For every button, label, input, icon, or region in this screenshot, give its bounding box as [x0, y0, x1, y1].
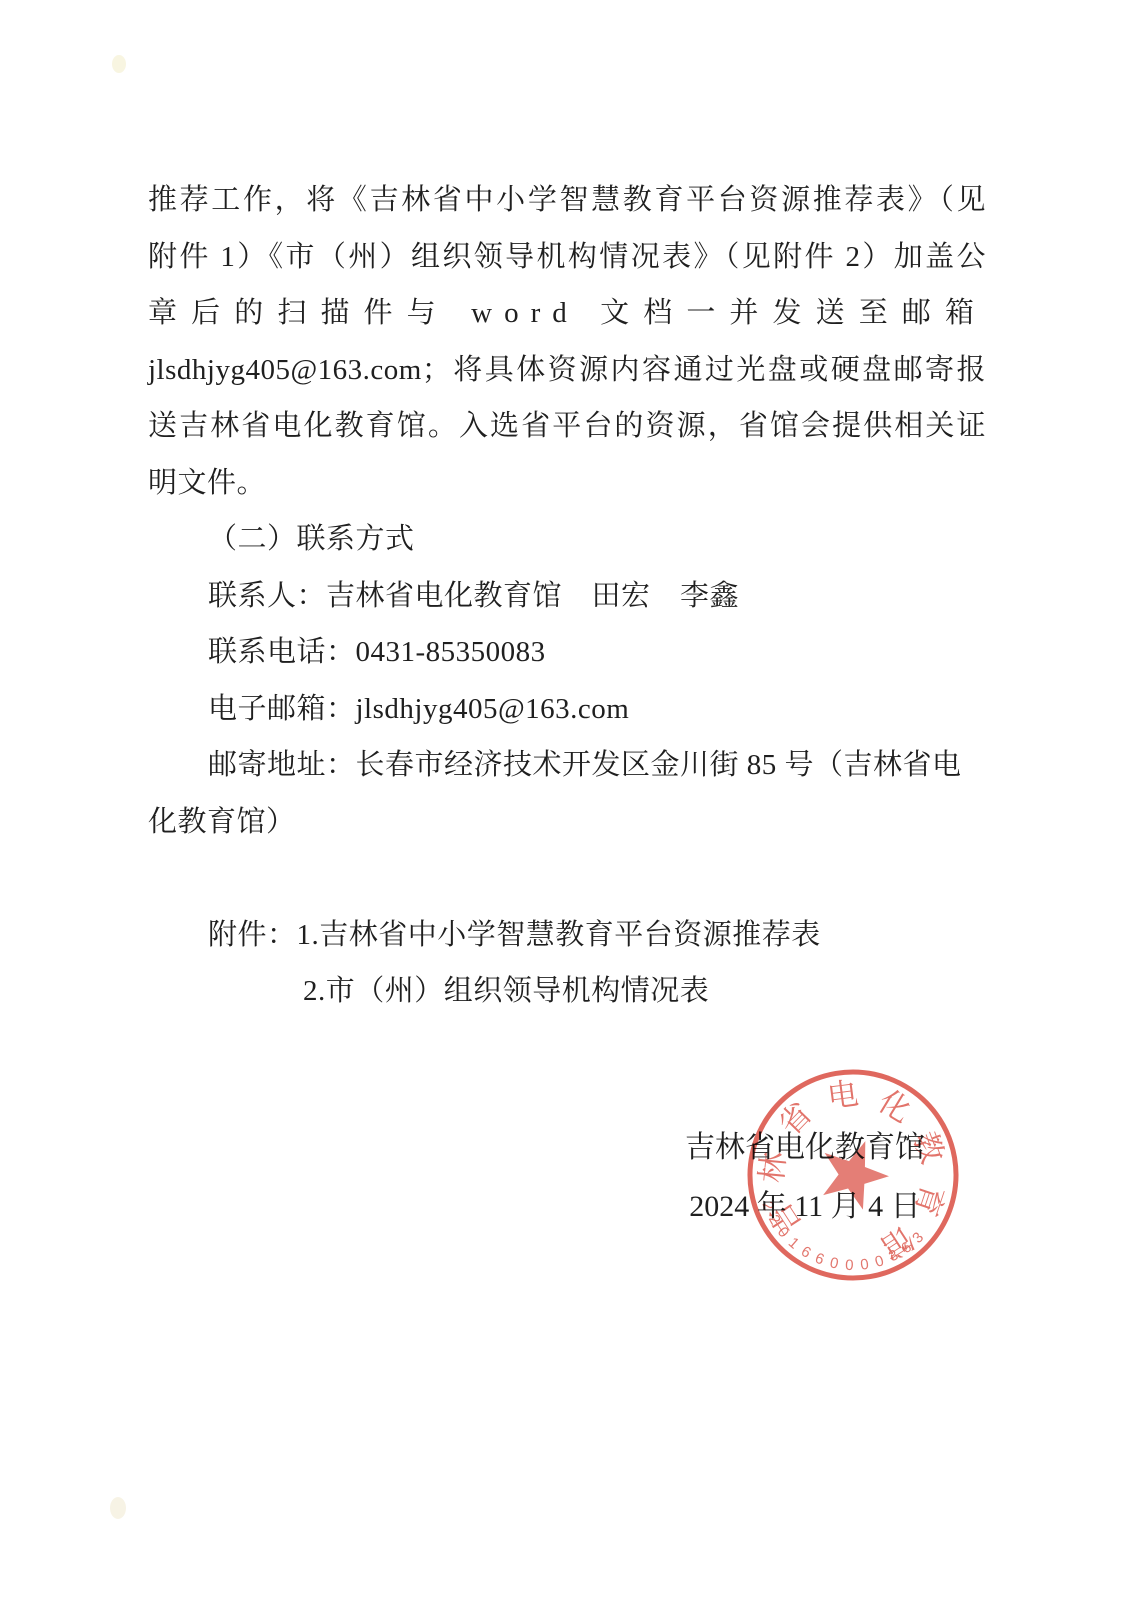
attachments-line: 附件：1.吉林省中小学智慧教育平台资源推荐表	[148, 907, 986, 964]
scan-artifact	[110, 1497, 126, 1519]
contact-person-line: 联系人：吉林省电化教育馆 田宏 李鑫	[148, 568, 986, 625]
seal-digit: 0	[859, 1256, 869, 1274]
contact-address-line: 化教育馆）	[148, 794, 986, 851]
document-page: 推荐工作，将《吉林省中小学智慧教育平台资源推荐表》（见 附件 1）《市（州）组织…	[0, 0, 1131, 1600]
seal-digit: 6	[798, 1243, 814, 1262]
letter-body: 推荐工作，将《吉林省中小学智慧教育平台资源推荐表》（见 附件 1）《市（州）组织…	[148, 172, 986, 1020]
seal-digit: 6	[898, 1239, 915, 1258]
paragraph-line: 送吉林省电化教育馆。入选省平台的资源，省馆会提供相关证	[148, 398, 986, 455]
blank-line	[148, 850, 986, 907]
seal-digit: 0	[845, 1257, 854, 1274]
paragraph-line: 章后的扫描件与 word 文档一并发送至邮箱	[148, 285, 986, 342]
scan-artifact	[112, 55, 126, 73]
contact-address-line: 邮寄地址：长春市经济技术开发区金川街 85 号（吉林省电	[148, 737, 986, 794]
attachment-item: 2.市（州）组织领导机构情况表	[303, 975, 709, 1007]
seal-digit: 3	[886, 1246, 901, 1265]
seal-digit: 6	[813, 1250, 827, 1269]
seal-digit: 0	[873, 1252, 886, 1271]
section-heading: （二）联系方式	[148, 511, 986, 568]
paragraph-line: jlsdhjyg405@163.com；将具体资源内容通过光盘或硬盘邮寄报	[148, 342, 986, 399]
attachments-line: 2.市（州）组织领导机构情况表	[148, 963, 986, 1020]
attachments-label: 附件：	[208, 919, 297, 951]
signature-block: 吉林省电化教育馆 2024 年 11 月 4 日	[655, 1119, 955, 1236]
signature-org: 吉林省电化教育馆	[655, 1119, 955, 1178]
attachment-item: 1.吉林省中小学智慧教育平台资源推荐表	[297, 919, 821, 951]
signature-date: 2024 年 11 月 4 日	[655, 1178, 955, 1237]
seal-char: 电	[825, 1076, 860, 1115]
paragraph-line: 附件 1）《市（州）组织领导机构情况表》（见附件 2）加盖公	[148, 229, 986, 286]
contact-phone-line: 联系电话：0431-85350083	[148, 624, 986, 681]
seal-digit: 1	[785, 1234, 802, 1252]
contact-email-line: 电子邮箱：jlsdhjyg405@163.com	[148, 681, 986, 738]
paragraph-line: 明文件。	[148, 455, 986, 512]
paragraph-line: 推荐工作，将《吉林省中小学智慧教育平台资源推荐表》（见	[148, 172, 986, 229]
seal-digit: 0	[828, 1254, 840, 1272]
